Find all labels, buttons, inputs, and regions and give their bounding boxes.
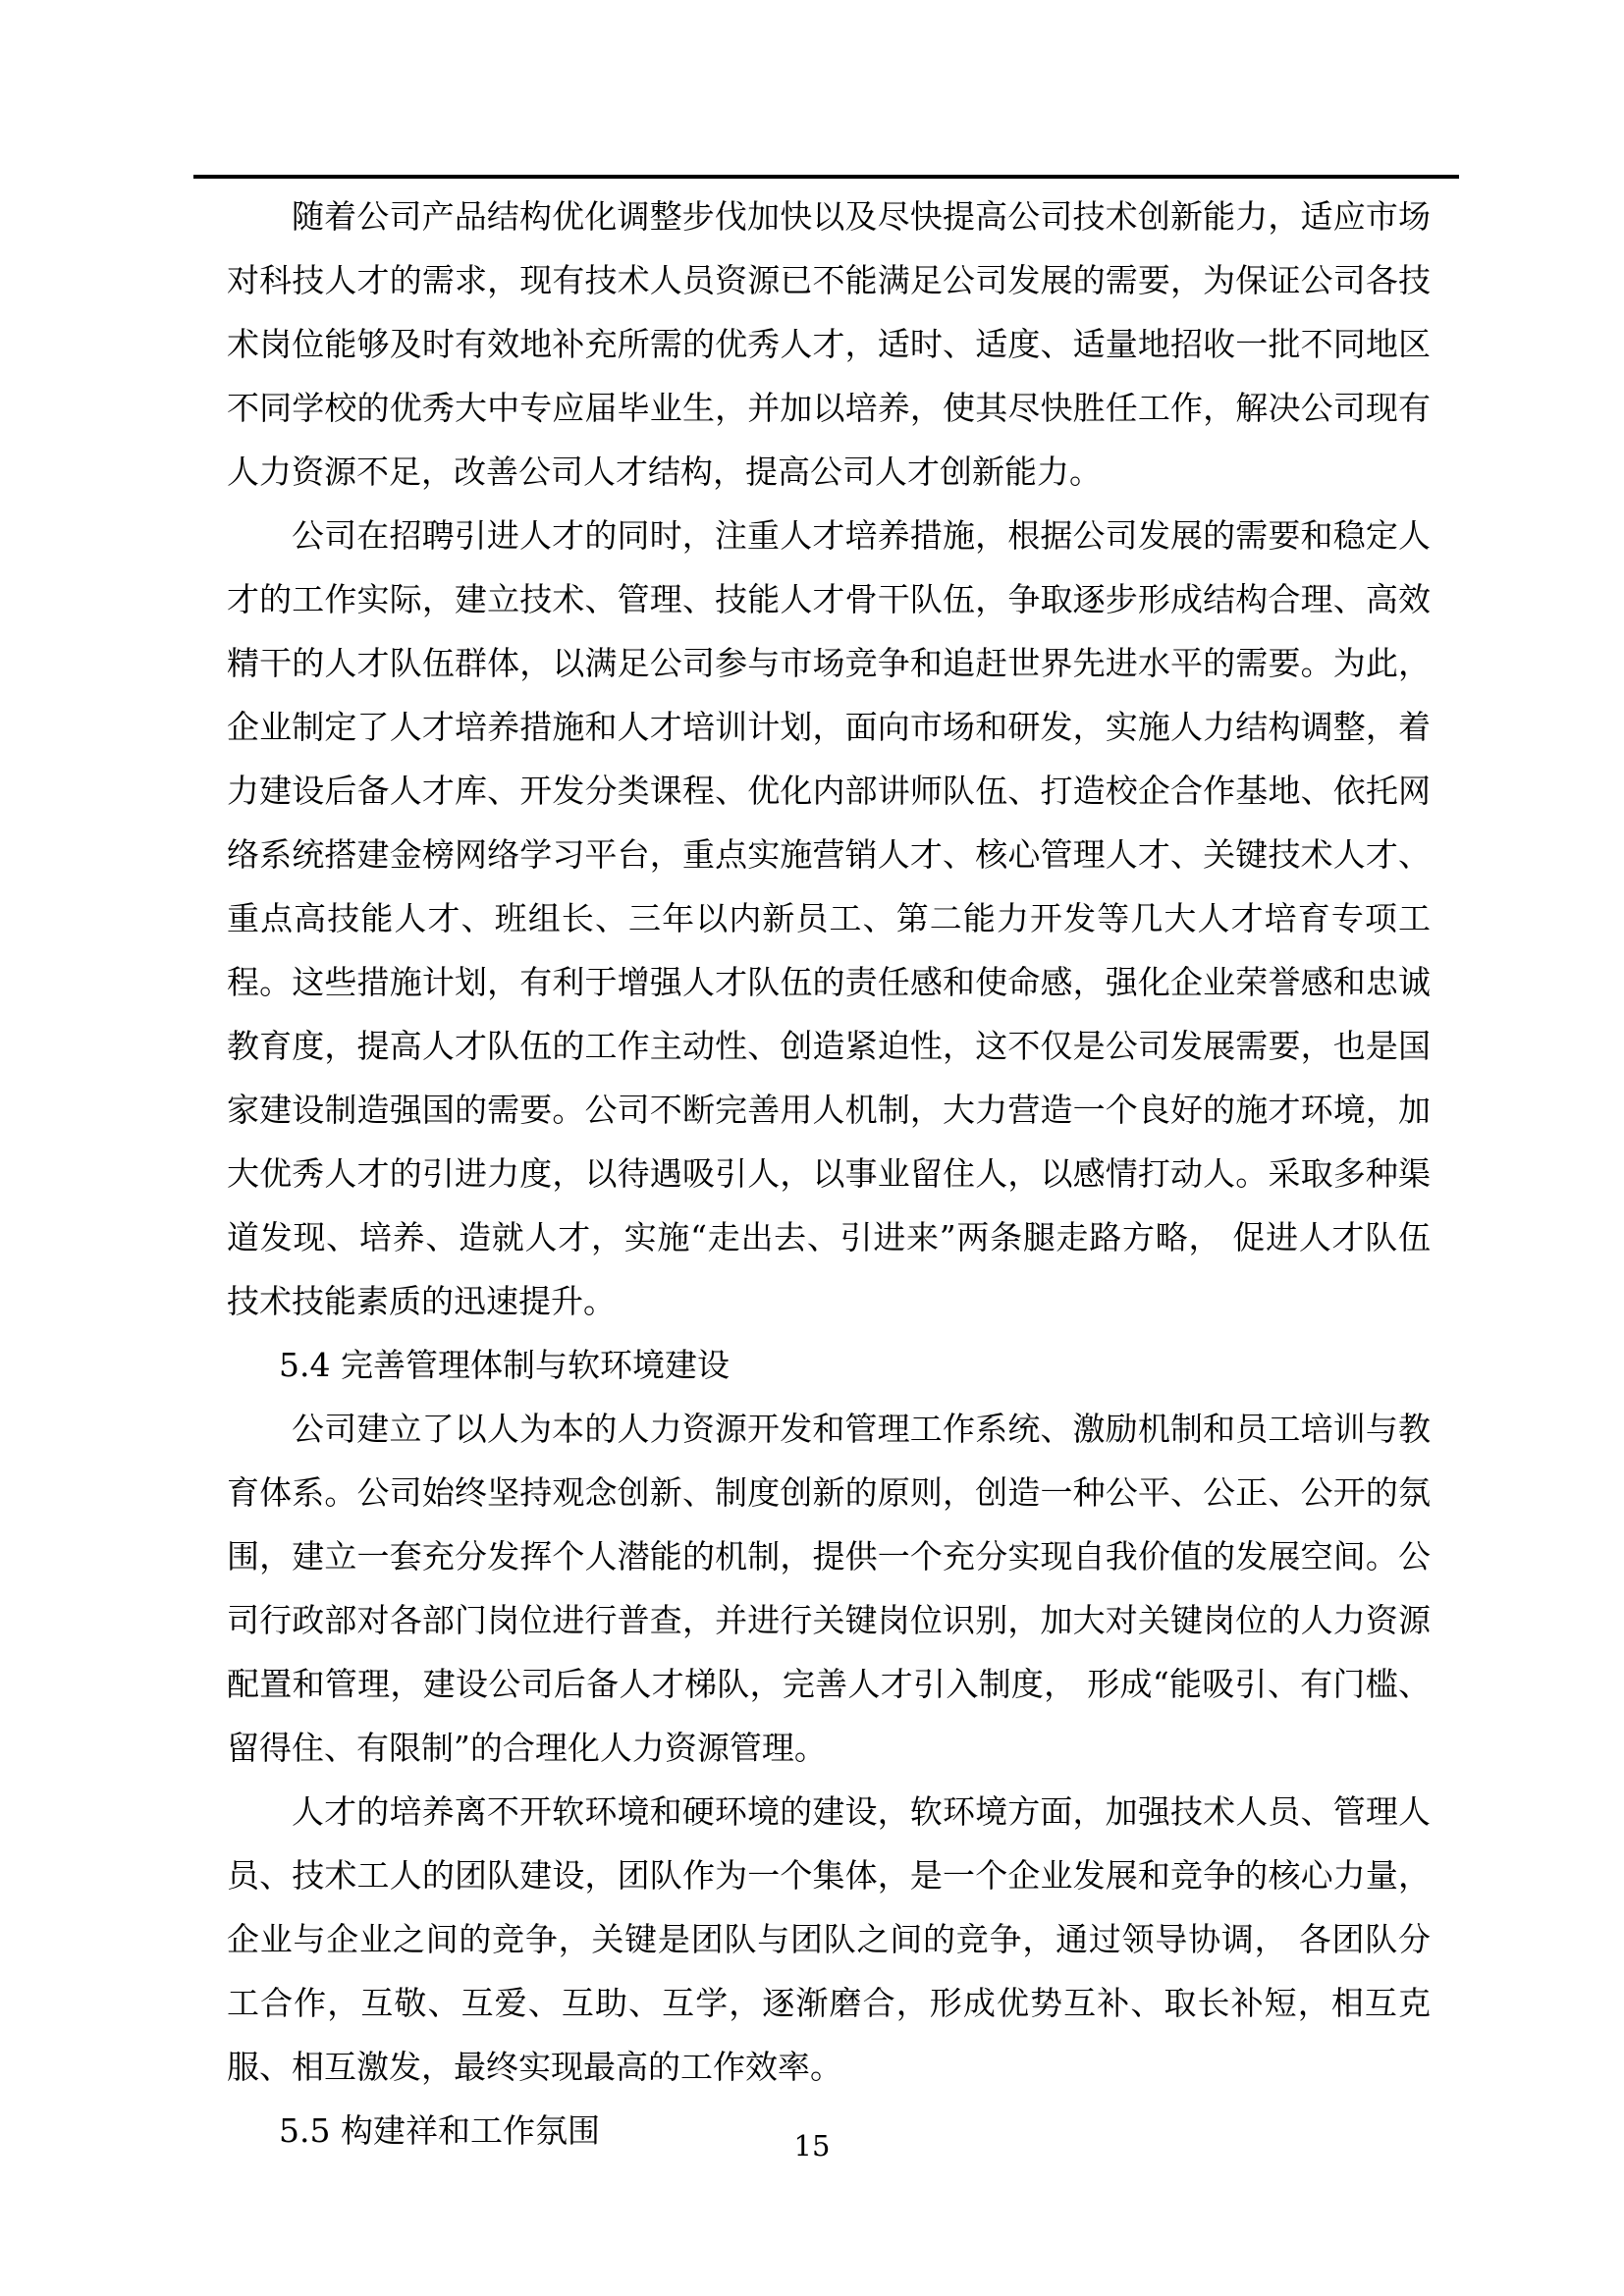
document-page: 随着公司产品结构优化调整步伐加快以及尽快提高公司技术创新能力，适应市场对科技人才… <box>0 0 1624 2296</box>
section-heading-5-4: 5.4 完善管理体制与软环境建设 <box>227 1333 1431 1397</box>
paragraph: 随着公司产品结构优化调整步伐加快以及尽快提高公司技术创新能力，适应市场对科技人才… <box>227 185 1431 504</box>
document-body: 随着公司产品结构优化调整步伐加快以及尽快提高公司技术创新能力，适应市场对科技人才… <box>227 185 1431 2163</box>
paragraph: 公司建立了以人为本的人力资源开发和管理工作系统、激励机制和员工培训与教育体系。公… <box>227 1397 1431 1780</box>
paragraph: 公司在招聘引进人才的同时，注重人才培养措施，根据公司发展的需要和稳定人才的工作实… <box>227 504 1431 1333</box>
paragraph: 人才的培养离不开软环境和硬环境的建设，软环境方面，加强技术人员、管理人员、技术工… <box>227 1780 1431 2099</box>
page-number: 15 <box>794 2129 831 2163</box>
header-rule <box>193 175 1459 179</box>
page-footer: 15 <box>0 2126 1624 2165</box>
